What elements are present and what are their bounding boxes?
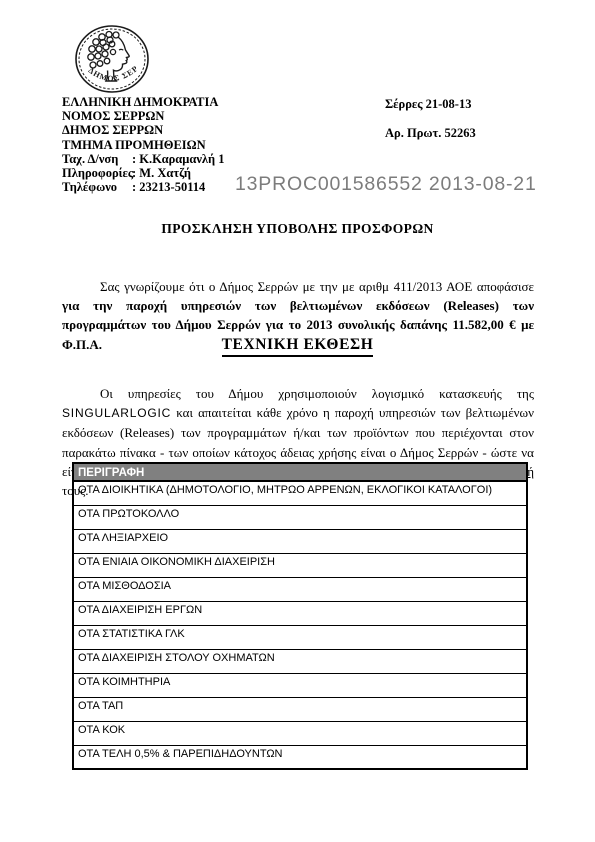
table-row: ΟΤΑ ΕΝΙΑΙΑ ΟΙΚΟΝΟΜΙΚΗ ΔΙΑΧΕΙΡΙΣΗ (73, 553, 527, 577)
table-row: ΟΤΑ ΜΙΣΘΟΔΟΣΙΑ (73, 577, 527, 601)
table-row: ΟΤΑ ΣΤΑΤΙΣΤΙΚΑ ΓΛΚ (73, 625, 527, 649)
letterhead: ΕΛΛΗΝΙΚΗ ΔΗΜΟΚΡΑΤΙΑ ΝΟΜΟΣ ΣΕΡΡΩΝ ΔΗΜΟΣ Σ… (62, 95, 225, 194)
org-line-republic: ΕΛΛΗΝΙΚΗ ΔΗΜΟΚΡΑΤΙΑ (62, 95, 225, 109)
contact-address: Ταχ. Δ/νση: Κ.Καραμανλή 1 (62, 152, 225, 166)
table-row: ΟΤΑ ΚΟΚ (73, 721, 527, 745)
table-row: ΟΤΑ ΔΙΑΧΕΙΡΙΣΗ ΣΤΟΛΟΥ ΟΧΗΜΑΤΩΝ (73, 649, 527, 673)
contact-info: Πληροφορίες: Μ. Χατζή (62, 166, 225, 180)
org-line-prefecture: ΝΟΜΟΣ ΣΕΡΡΩΝ (62, 109, 225, 123)
contact-phone: Τηλέφωνο: 23213-50114 (62, 180, 225, 194)
table-row: ΟΤΑ ΚΟΙΜΗΤΗΡΙΑ (73, 673, 527, 697)
table-cell: ΟΤΑ ΜΙΣΘΟΔΟΣΙΑ (73, 577, 527, 601)
table-row: ΟΤΑ ΠΡΩΤΟΚΟΛΛΟ (73, 505, 527, 529)
city-date: Σέρρες 21-08-13 (385, 97, 471, 112)
table-cell: ΟΤΑ ΔΙΟΙΚΗΤΙΚΑ (ΔΗΜΟΤΟΛΟΓΙΟ, ΜΗΤΡΩΟ ΑΡΡΕ… (73, 481, 527, 505)
technical-text-1: Οι υπηρεσίες του Δήμου χρησιμοποιούν λογ… (100, 386, 534, 401)
table-cell: ΟΤΑ ΕΝΙΑΙΑ ΟΙΚΟΝΟΜΙΚΗ ΔΙΑΧΕΙΡΙΣΗ (73, 553, 527, 577)
technical-report-heading-text: ΤΕΧΝΙΚΗ ΕΚΘΕΣΗ (222, 336, 374, 357)
table-cell: ΟΤΑ ΚΟΚ (73, 721, 527, 745)
contact-phone-label: Τηλέφωνο (62, 180, 132, 194)
table-row: ΟΤΑ ΤΕΛΗ 0,5% & ΠΑΡΕΠΙΔΗΔΟΥΝΤΩΝ (73, 745, 527, 769)
contact-address-label: Ταχ. Δ/νση (62, 152, 132, 166)
technical-report-heading: ΤΕΧΝΙΚΗ ΕΚΘΕΣΗ (0, 336, 595, 357)
programs-table: ΠΕΡΙΓΡΑΦΗ ΟΤΑ ΔΙΟΙΚΗΤΙΚΑ (ΔΗΜΟΤΟΛΟΓΙΟ, Μ… (72, 462, 528, 770)
intro-normal-text: Σας γνωρίζουμε ότι ο Δήμος Σερρών με την… (100, 279, 534, 294)
table-cell: ΟΤΑ ΚΟΙΜΗΤΗΡΙΑ (73, 673, 527, 697)
table-row: ΟΤΑ ΔΙΟΙΚΗΤΙΚΑ (ΔΗΜΟΤΟΛΟΓΙΟ, ΜΗΤΡΩΟ ΑΡΡΕ… (73, 481, 527, 505)
table-cell: ΟΤΑ ΤΕΛΗ 0,5% & ΠΑΡΕΠΙΔΗΔΟΥΝΤΩΝ (73, 745, 527, 769)
contact-info-value: : Μ. Χατζή (132, 166, 191, 180)
protocol-number: Αρ. Πρωτ. 52263 (385, 126, 476, 141)
table-header-row: ΠΕΡΙΓΡΑΦΗ (73, 463, 527, 481)
contact-info-label: Πληροφορίες (62, 166, 132, 180)
table-cell: ΟΤΑ ΤΑΠ (73, 697, 527, 721)
table-row: ΟΤΑ ΛΗΞΙΑΡΧΕΙΟ (73, 529, 527, 553)
table-cell: ΟΤΑ ΔΙΑΧΕΙΡΙΣΗ ΣΤΟΛΟΥ ΟΧΗΜΑΤΩΝ (73, 649, 527, 673)
municipal-seal-logo: ΔΗΜΟΣ ΣΕΡΡΩΝ (72, 24, 152, 98)
document-title: ΠΡΟΣΚΛΗΣΗ ΥΠΟΒΟΛΗΣ ΠΡΟΣΦΟΡΩΝ (0, 221, 595, 237)
contact-address-value: : Κ.Καραμανλή 1 (132, 152, 225, 166)
table-header-description: ΠΕΡΙΓΡΑΦΗ (73, 463, 527, 481)
org-line-department: ΤΜΗΜΑ ΠΡΟΜΗΘΕΙΩΝ (62, 138, 225, 152)
table-row: ΟΤΑ ΤΑΠ (73, 697, 527, 721)
org-line-municipality: ΔΗΜΟΣ ΣΕΡΡΩΝ (62, 123, 225, 137)
table-cell: ΟΤΑ ΣΤΑΤΙΣΤΙΚΑ ΓΛΚ (73, 625, 527, 649)
table-row: ΟΤΑ ΔΙΑΧΕΙΡΙΣΗ ΕΡΓΩΝ (73, 601, 527, 625)
document-page: ΔΗΜΟΣ ΣΕΡΡΩΝ 13PROC001586552 2013-08-21 … (0, 0, 595, 842)
table-cell: ΟΤΑ ΔΙΑΧΕΙΡΙΣΗ ΕΡΓΩΝ (73, 601, 527, 625)
table-cell: ΟΤΑ ΛΗΞΙΑΡΧΕΙΟ (73, 529, 527, 553)
table-cell: ΟΤΑ ΠΡΩΤΟΚΟΛΛΟ (73, 505, 527, 529)
procurement-code-watermark: 13PROC001586552 2013-08-21 (235, 173, 537, 196)
vendor-brand-name: SINGULARLOGIC (62, 406, 171, 420)
contact-phone-value: : 23213-50114 (132, 180, 205, 194)
